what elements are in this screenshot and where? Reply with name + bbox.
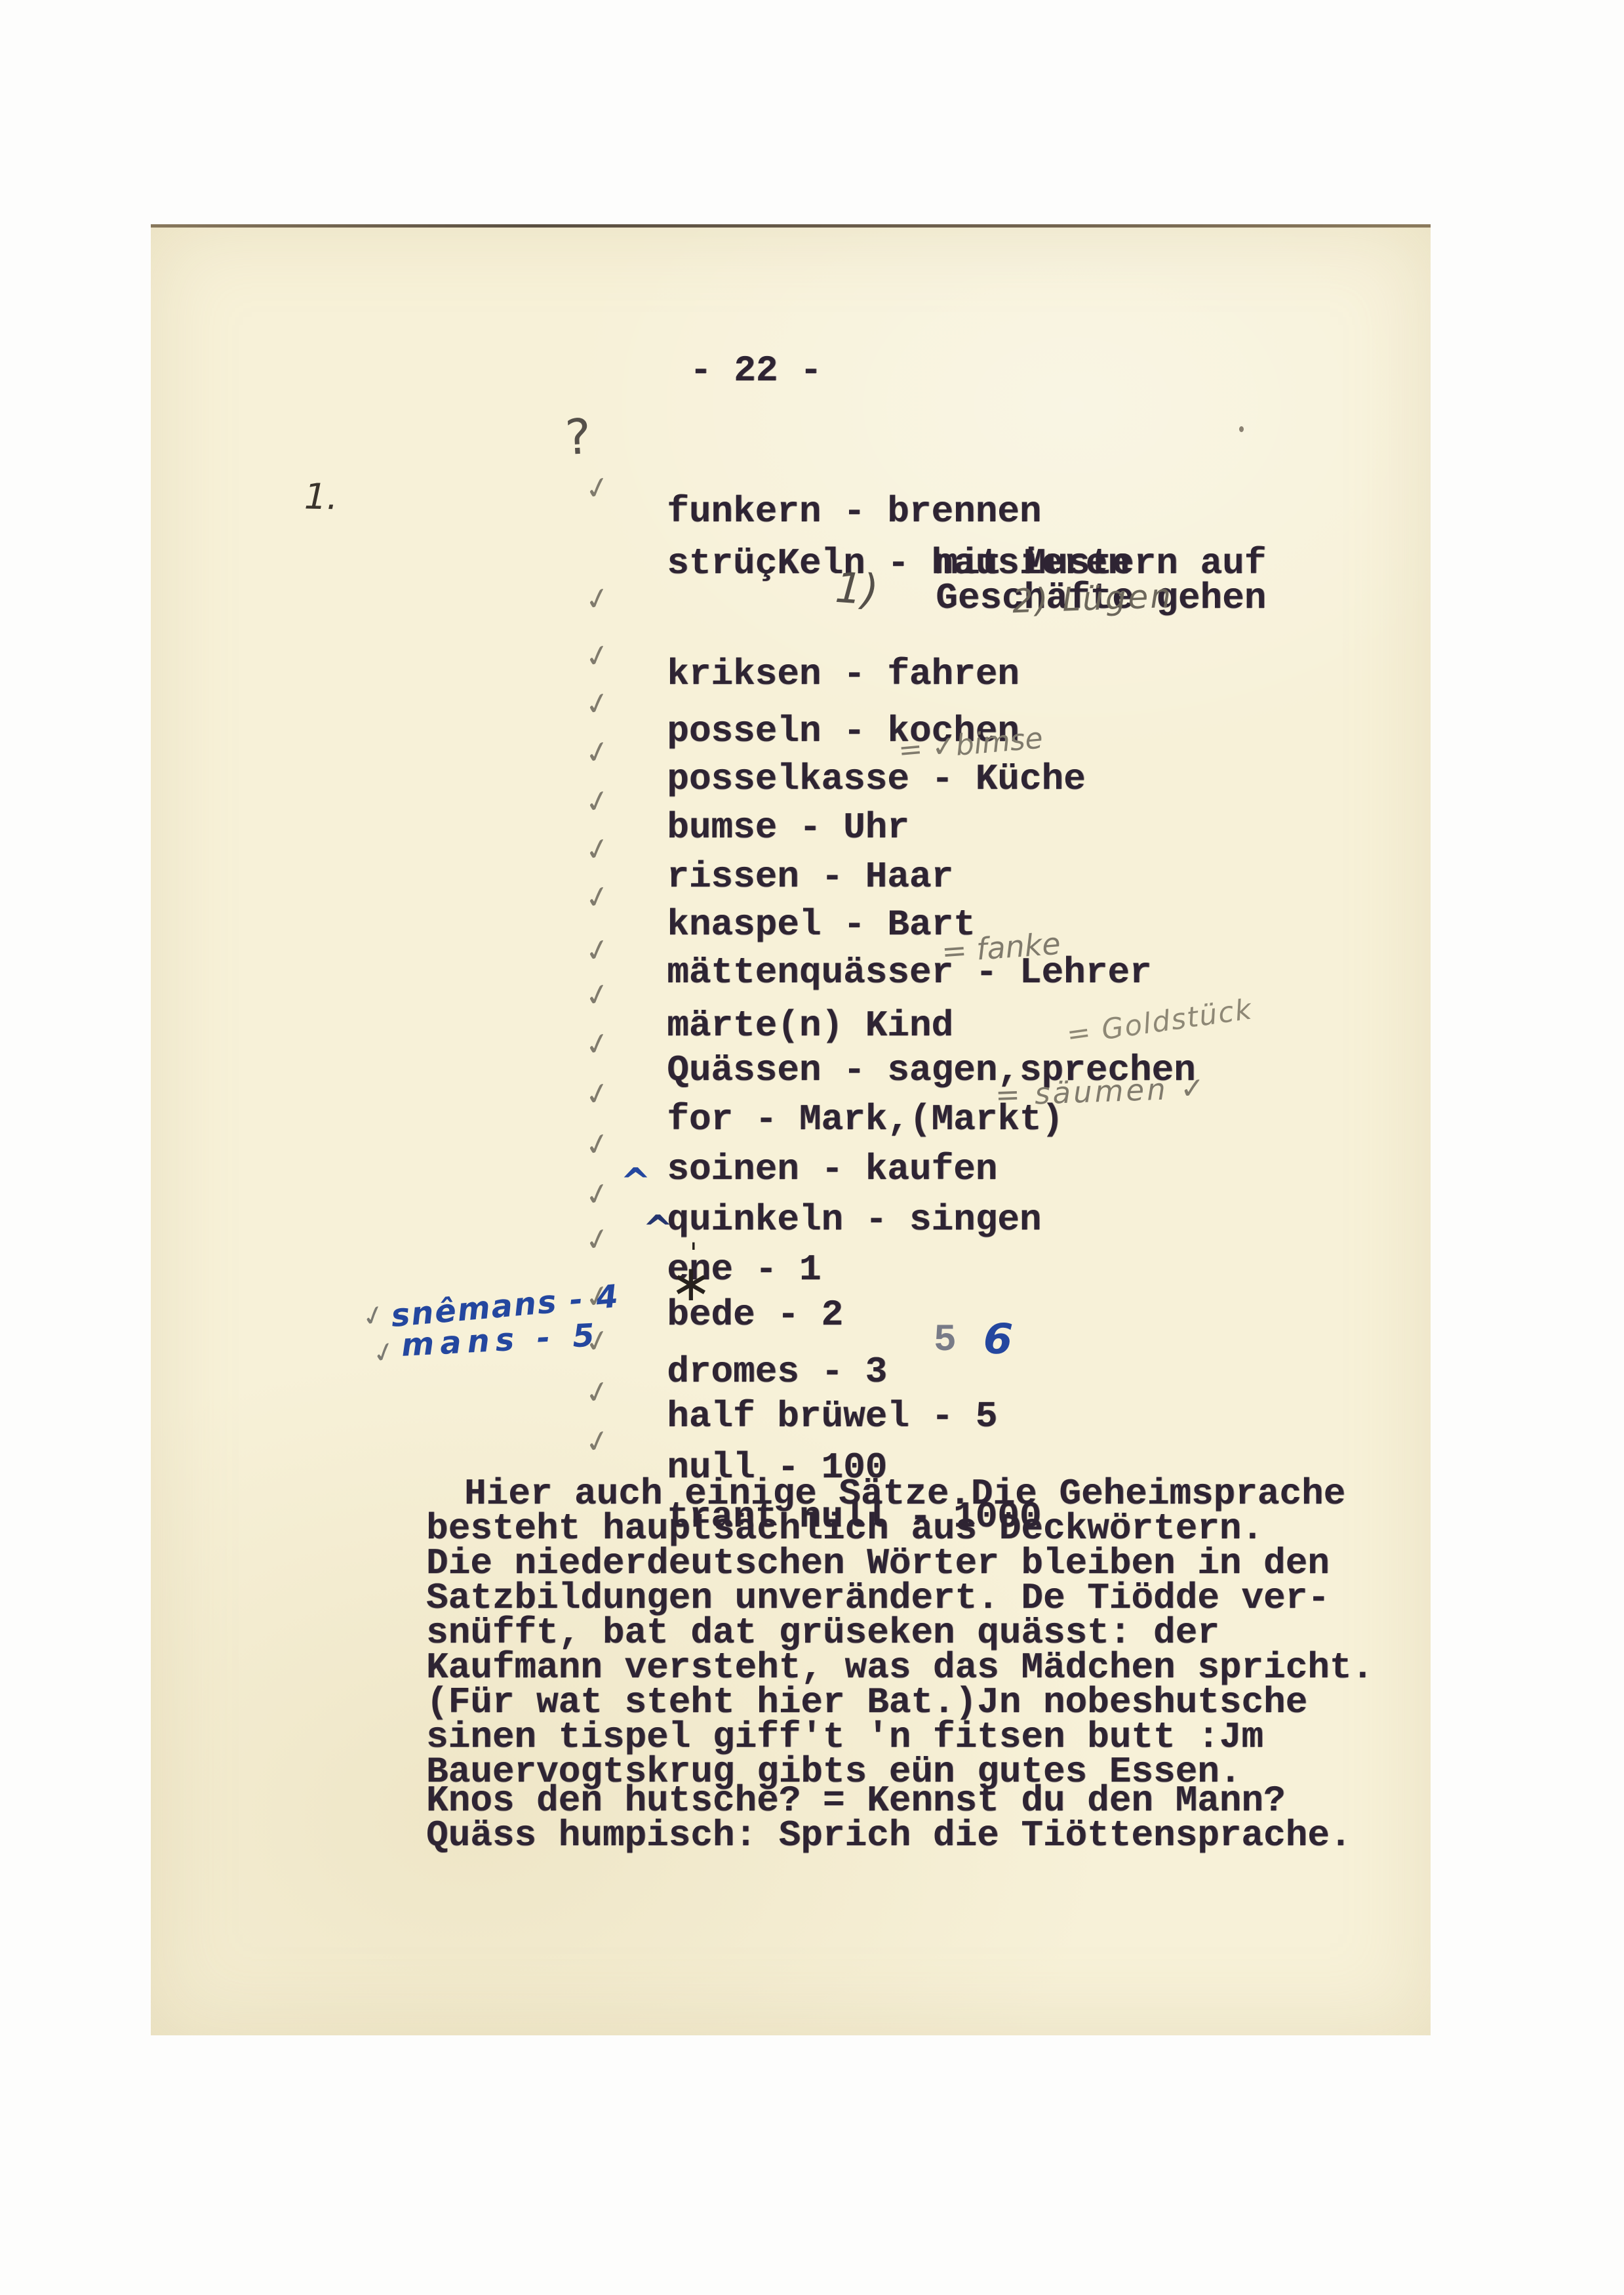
paragraph-line: Hier auch einige Sätze.Die Geheimsprache [426, 1477, 1374, 1511]
soinen-note-annotation: = säumen ✓ [995, 1070, 1208, 1112]
sentence-line: Knos den hutsche? = Kennst du den Mann? [426, 1784, 1351, 1818]
paragraph-line: Kaufmann versteht, was das Mädchen spric… [426, 1650, 1374, 1685]
paragraph-line: besteht hauptsächlich aus Deckwörtern. [426, 1511, 1374, 1546]
page-number: - 22 - [690, 352, 822, 389]
dromes-star-annotation: ∗ [670, 1254, 712, 1312]
bede-circumflex-annotation: ^ [643, 1208, 673, 1250]
paragraph-line: snüfft, bat dat grüseken quässt: der [426, 1616, 1374, 1650]
sentence-line: Quäss humpisch: Sprich die Tiöttensprach… [426, 1818, 1351, 1853]
example-sentences: Knos den hutsche? = Kennst du den Mann? … [426, 1784, 1351, 1853]
paragraph-line: Satzbildungen unverändert. De Tiödde ver… [426, 1581, 1374, 1616]
paragraph-line: sinen tispel giff't 'n fitsen butt :Jm [426, 1720, 1374, 1755]
half-six-annotation: 6 [982, 1315, 1014, 1365]
paragraph-line: Die niederdeutschen Wörter bleiben in de… [426, 1546, 1374, 1581]
margin-number-annotation: 1. [304, 476, 338, 518]
question-mark-annotation: ? [564, 412, 592, 462]
scanned-document: { "colors": { "paper": "#f7f1d8", "ink":… [0, 0, 1624, 2295]
ene-circumflex-annotation: ^ [620, 1161, 651, 1203]
explanation-paragraph: Hier auch einige Sätze.Die Geheimsprache… [426, 1477, 1374, 1789]
half-five-overstrike: 5 [934, 1319, 957, 1362]
dust-speck [1239, 426, 1244, 432]
kriksen-sense1-annotation: 1) [833, 564, 880, 615]
kriksen-sense2-annotation: 2) Lügen [1012, 577, 1174, 621]
paragraph-line: (Für wat steht hier Bat.)Jn nobeshutsche [426, 1685, 1374, 1720]
